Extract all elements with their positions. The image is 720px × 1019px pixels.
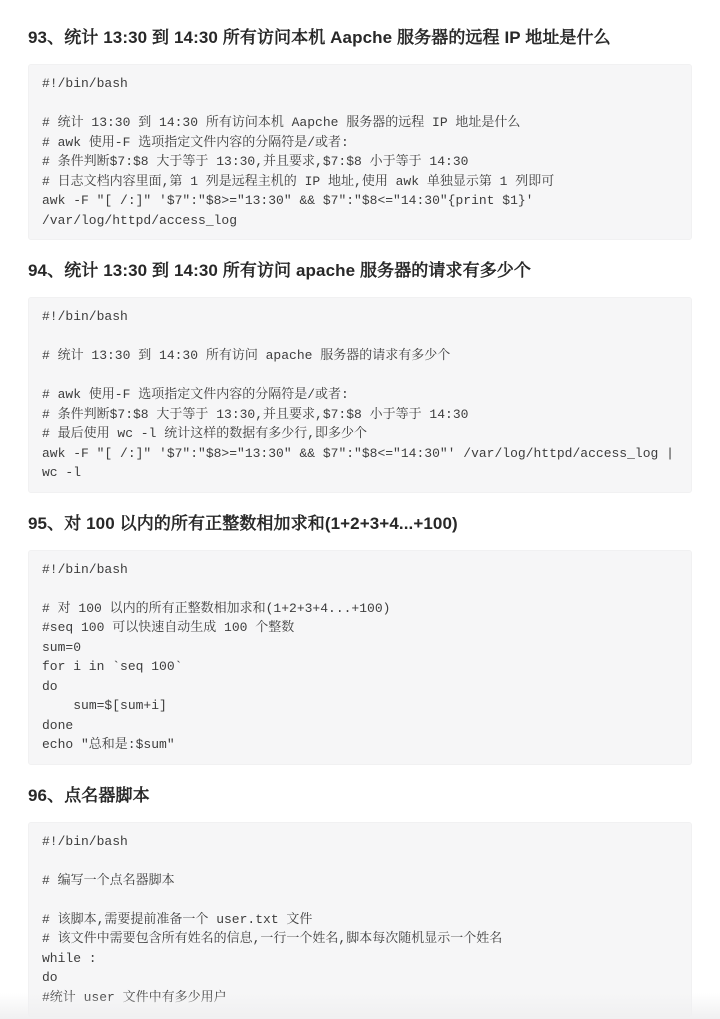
qa-section-94: 94、统计 13:30 到 14:30 所有访问 apache 服务器的请求有多… <box>28 260 692 493</box>
code-block-94: #!/bin/bash # 统计 13:30 到 14:30 所有访问 apac… <box>28 297 692 493</box>
code-block-96: #!/bin/bash # 编写一个点名器脚本 # 该脚本,需要提前准备一个 u… <box>28 822 692 1018</box>
qa-section-95: 95、对 100 以内的所有正整数相加求和(1+2+3+4...+100) #!… <box>28 513 692 765</box>
code-block-95: #!/bin/bash # 对 100 以内的所有正整数相加求和(1+2+3+4… <box>28 550 692 765</box>
question-heading-93: 93、统计 13:30 到 14:30 所有访问本机 Aapche 服务器的远程… <box>28 27 692 48</box>
qa-section-93: 93、统计 13:30 到 14:30 所有访问本机 Aapche 服务器的远程… <box>28 27 692 240</box>
next-section-top-edge <box>0 993 720 1019</box>
qa-section-96: 96、点名器脚本 #!/bin/bash # 编写一个点名器脚本 # 该脚本,需… <box>28 785 692 1018</box>
question-heading-94: 94、统计 13:30 到 14:30 所有访问 apache 服务器的请求有多… <box>28 260 692 281</box>
code-block-93: #!/bin/bash # 统计 13:30 到 14:30 所有访问本机 Aa… <box>28 64 692 240</box>
article-page: 93、统计 13:30 到 14:30 所有访问本机 Aapche 服务器的远程… <box>0 0 720 1017</box>
question-heading-95: 95、对 100 以内的所有正整数相加求和(1+2+3+4...+100) <box>28 513 692 534</box>
question-heading-96: 96、点名器脚本 <box>28 785 692 806</box>
